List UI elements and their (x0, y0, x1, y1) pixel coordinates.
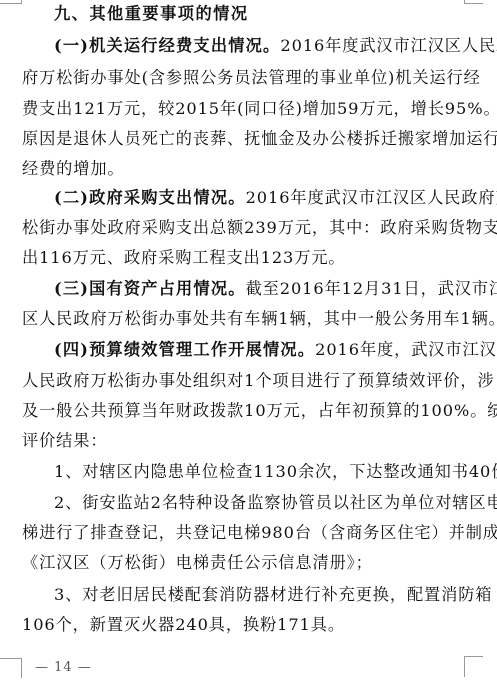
paragraph-text: 2016年度，武汉市江汉区 (315, 340, 497, 359)
paragraph-line: 梯进行了排查登记，共登记电梯980台（含商务区住宅）并制成 (22, 522, 462, 544)
paragraph-line: (四)预算绩效管理工作开展情况。2016年度，武汉市江汉区 (54, 339, 494, 361)
crop-mark-bottom-right (464, 656, 483, 677)
paragraph-heading: (四)预算绩效管理工作开展情况。 (54, 340, 315, 359)
paragraph-line: 区人民政府万松街办事处共有车辆1辆，其中一般公务用车1辆。 (22, 308, 462, 330)
paragraph-text: 2016年度武汉市江汉区人民政府万 (246, 188, 497, 207)
document-page: 九、其他重要事项的情况 (一)机关运行经费支出情况。2016年度武汉市江汉区人民… (0, 0, 497, 686)
paragraph-line: 及一般公共预算当年财政拨款10万元，占年初预算的100%。绩效 (22, 400, 462, 422)
crop-mark-top-left (0, 0, 22, 4)
paragraph-line: 经费的增加。 (22, 158, 462, 180)
paragraph-text: 截至2016年12月31日，武汉市江汉 (246, 279, 497, 298)
paragraph-line: 106个，新置灭火器240具，换粉171具。 (22, 614, 462, 636)
paragraph-line: 人民政府万松街办事处组织对1个项目进行了预算绩效评价，涉 (22, 370, 462, 392)
list-item: 3、对老旧居民楼配套消防器材进行补充更换，配置消防箱 (54, 584, 494, 606)
paragraph-line: 《江汉区（万松街）电梯责任公示信息清册》； (22, 552, 462, 574)
list-item: 2、街安监站2名特种设备监察协管员以社区为单位对辖区电 (54, 492, 494, 514)
paragraph-line: 府万松街办事处(含参照公务员法管理的事业单位)机关运行经 (22, 67, 462, 89)
paragraph-line: 出116万元、政府采购工程支出123万元。 (22, 247, 462, 269)
crop-mark-bottom-left (0, 658, 22, 678)
paragraph-line: 原因是退休人员死亡的丧葬、抚恤金及办公楼拆迁搬家增加运行 (22, 128, 462, 150)
paragraph-line: (二)政府采购支出情况。2016年度武汉市江汉区人民政府万 (54, 187, 494, 209)
list-item: 1、对辖区内隐患单位检查1130余次，下达整改通知书40份。 (54, 461, 494, 483)
paragraph-line: 评价结果： (22, 430, 462, 452)
paragraph-heading: (一)机关运行经费支出情况。 (54, 36, 280, 55)
paragraph-text: 2016年度武汉市江汉区人民政 (280, 36, 497, 55)
paragraph-line: (一)机关运行经费支出情况。2016年度武汉市江汉区人民政 (54, 35, 494, 57)
paragraph-heading: (三)国有资产占用情况。 (54, 279, 246, 298)
paragraph-line: 费支出121万元，较2015年(同口径)增加59万元，增长95%。主要 (22, 98, 462, 120)
page-number: — 14 — (35, 660, 92, 675)
paragraph-heading: (二)政府采购支出情况。 (54, 188, 246, 207)
paragraph-line: 松街办事处政府采购支出总额239万元，其中：政府采购货物支 (22, 217, 462, 239)
paragraph-line: (三)国有资产占用情况。截至2016年12月31日，武汉市江汉 (54, 278, 494, 300)
section-title: 九、其他重要事项的情况 (54, 3, 494, 25)
